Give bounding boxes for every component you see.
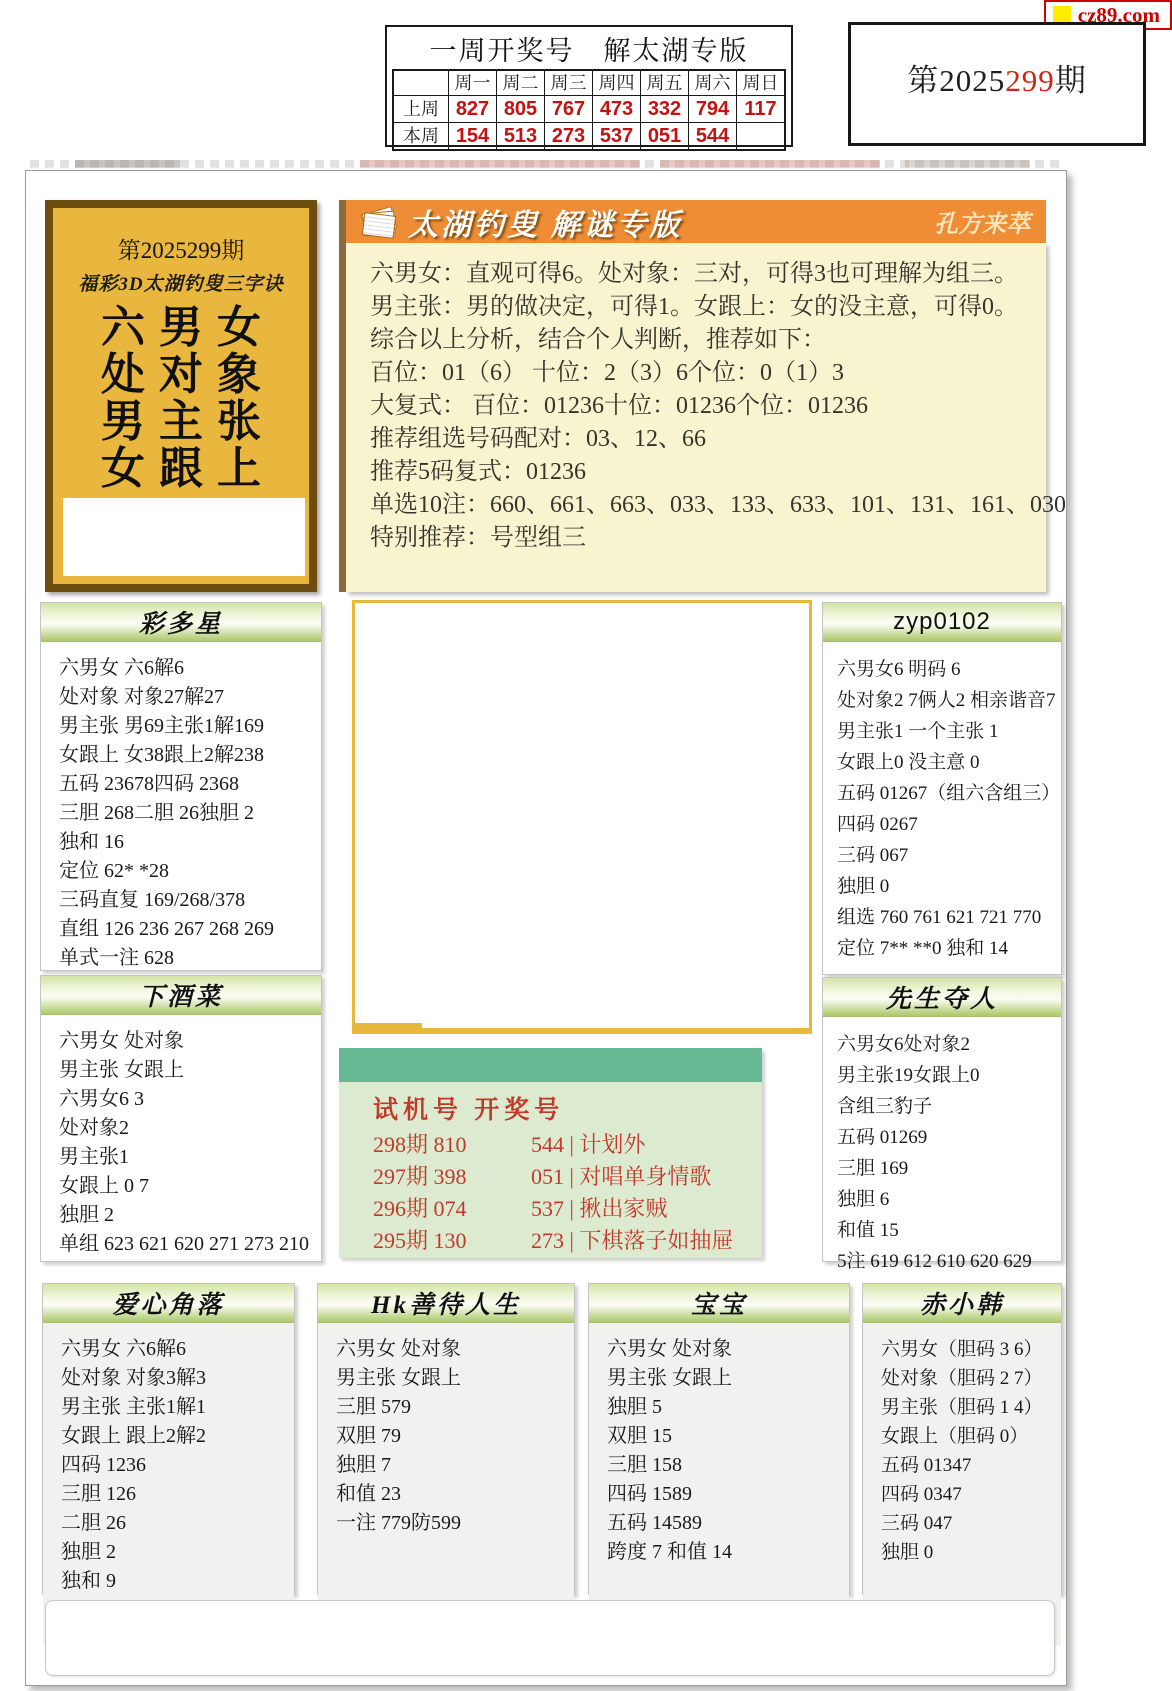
panel-line: 独胆 6 [837, 1184, 1061, 1215]
footer-blank-strip [45, 1600, 1055, 1676]
week-day-cell: 周一 [449, 71, 497, 95]
panel-body: 六男女6处对象2男主张19女跟上0含组三豹子五码 01269三胆 169独胆 6… [823, 1017, 1061, 1277]
analysis-line: 推荐5码复式：01236 [370, 456, 1046, 489]
draw-number-cell: 544 [689, 123, 737, 149]
section-author: 孔方来萃 [934, 204, 1030, 239]
riddle-line: 男主张 [53, 398, 309, 445]
panel-line: 五码 01347 [881, 1451, 1061, 1480]
panel-line: 五码 14589 [607, 1509, 849, 1538]
panel-line: 一注 779防599 [336, 1509, 574, 1538]
draw-number-cell: 513 [497, 123, 545, 149]
draw-number-cell: 051 [641, 123, 689, 149]
clipped-text-strip [30, 154, 1065, 168]
panel-line: 六男女 处对象 [336, 1335, 574, 1364]
panel-line: 男主张 男69主张1解169 [59, 712, 321, 741]
draw-number-cell: 794 [689, 96, 737, 122]
panel-line: 六男女6 3 [59, 1085, 321, 1114]
panel-line: 三码 067 [837, 840, 1061, 871]
panel-line: 男主张 女跟上 [59, 1056, 321, 1085]
week-grid: 周一周二周三周四周五周六周日 上周 827805767473332794117 … [392, 69, 786, 151]
panel-line: 六男女 六6解6 [59, 654, 321, 683]
week-header-row: 周一周二周三周四周五周六周日 [394, 71, 784, 95]
panel-baobao: 宝宝 六男女 处对象男主张 女跟上独胆 5双胆 15三胆 158四码 1589五… [588, 1283, 850, 1595]
analysis-line: 特别推荐：号型组三 [370, 522, 1046, 555]
panel-line: 男主张 主张1解1 [61, 1393, 294, 1422]
riddle-line: 女跟上 [53, 445, 309, 492]
week-day-cell: 周四 [593, 71, 641, 95]
gold-box-lines: 六男女处对象男主张女跟上 [53, 304, 309, 492]
panel-line: 男主张 女跟上 [336, 1364, 574, 1393]
panel-title: 宝宝 [589, 1284, 849, 1323]
analysis-line: 男主张：男的做决定，可得1。女跟上：女的没主意，可得0。 [370, 291, 1046, 324]
panel-line: 三胆 158 [607, 1451, 849, 1480]
issue-number-box: 第2025299期 [848, 22, 1146, 146]
week-day-cell: 周五 [641, 71, 689, 95]
panel-aixin-jiaoluo: 爱心角落 六男女 六6解6处对象 对象3解3男主张 主张1解1女跟上 跟上2解2… [42, 1283, 295, 1595]
panel-body: 六男女 处对象男主张 女跟上独胆 5双胆 15三胆 158四码 1589五码 1… [589, 1323, 849, 1645]
last-week-values: 827805767473332794117 [449, 96, 784, 122]
papers-icon [358, 204, 400, 240]
panel-line: 五码 23678四码 2368 [59, 770, 321, 799]
draw-row-period-test: 298期 810 [373, 1129, 531, 1161]
draw-number-cell: 117 [737, 96, 784, 122]
panel-title: 赤小韩 [863, 1284, 1061, 1323]
panel-line: 四码 1589 [607, 1480, 849, 1509]
analysis-line: 百位：01（6） 十位：2（3）6个位：0（1）3 [370, 357, 1046, 390]
draw-number-cell: 827 [449, 96, 497, 122]
image-placeholder-box [352, 600, 812, 1034]
panel-title: zyp0102 [823, 603, 1061, 642]
panel-body: 六男女6 明码 6处对象2 7俩人2 相亲谐音7男主张1 一个主张 1女跟上0 … [823, 642, 1061, 964]
panel-line: 5注 619 612 610 620 629 [837, 1246, 1061, 1277]
panel-body: 六男女 六6解6处对象 对象3解3男主张 主张1解1女跟上 跟上2解2四码 12… [43, 1323, 294, 1645]
panel-line: 处对象2 7俩人2 相亲谐音7 [837, 685, 1061, 716]
analysis-block: 六男女：直观可得6。处对象：三对，可得3也可理解为组三。男主张：男的做决定，可得… [346, 243, 1046, 592]
panel-line: 六男女6 明码 6 [837, 654, 1061, 685]
panel-line: 单式一注 628 [59, 944, 321, 973]
draw-row-period-test: 296期 074 [373, 1193, 531, 1225]
panel-line: 独胆 0 [881, 1538, 1061, 1567]
panel-line: 和值 15 [837, 1215, 1061, 1246]
draw-row: 296期 074 537 | 揪出家贼 [373, 1193, 762, 1225]
panel-line: 单组 623 621 620 271 273 210 [59, 1230, 321, 1259]
panel-line: 独和 9 [61, 1567, 294, 1596]
this-week-label: 本周 [394, 123, 449, 149]
panel-body: 六男女（胆码 3 6）处对象（胆码 2 7）男主张（胆码 1 4）女跟上（胆码 … [863, 1323, 1061, 1645]
panel-line: 处对象2 [59, 1114, 321, 1143]
panel-xiansheng-duoren: 先生夺人 六男女6处对象2男主张19女跟上0含组三豹子五码 01269三胆 16… [822, 977, 1062, 1262]
panel-title: 先生夺人 [823, 978, 1061, 1017]
panel-line: 男主张1 一个主张 1 [837, 716, 1061, 747]
panel-title: 彩多星 [41, 603, 321, 642]
panel-line: 三胆 126 [61, 1480, 294, 1509]
draw-row-period-test: 295期 130 [373, 1225, 531, 1257]
draw-panel-body: 试机号 开奖号 298期 810 544 | 计划外 297期 398 051 … [339, 1082, 762, 1258]
panel-line: 五码 01267（组六含组三） [837, 778, 1061, 809]
last-week-label: 上周 [394, 96, 449, 122]
panel-line: 直组 126 236 267 268 269 [59, 915, 321, 944]
analysis-line: 推荐组选号码配对：03、12、66 [370, 423, 1046, 456]
draw-panel-header [339, 1048, 762, 1082]
analysis-line: 综合以上分析，结合个人判断，推荐如下： [370, 324, 1046, 357]
draw-row-period-test: 297期 398 [373, 1161, 531, 1193]
panel-line: 含组三豹子 [837, 1091, 1061, 1122]
panel-line: 男主张1 [59, 1143, 321, 1172]
panel-line: 三胆 579 [336, 1393, 574, 1422]
panel-line: 双胆 15 [607, 1422, 849, 1451]
week-day-headers: 周一周二周三周四周五周六周日 [449, 71, 784, 95]
panel-line: 三码 047 [881, 1509, 1061, 1538]
analysis-line: 六男女：直观可得6。处对象：三对，可得3也可理解为组三。 [370, 258, 1046, 291]
draw-number-cell: 154 [449, 123, 497, 149]
panel-chixiaohan: 赤小韩 六男女（胆码 3 6）处对象（胆码 2 7）男主张（胆码 1 4）女跟上… [862, 1283, 1062, 1595]
draw-row: 298期 810 544 | 计划外 [373, 1129, 762, 1161]
week-draw-table: 一周开奖号 解太湖专版 周一周二周三周四周五周六周日 上周 8278057674… [385, 25, 793, 147]
section-header-bar: 太湖钓叟 解谜专版 孔方来萃 [346, 200, 1046, 243]
draw-row-result-note: 273 | 下棋落子如抽屉 [531, 1225, 733, 1257]
panel-line: 定位 7** **0 独和 14 [837, 933, 1061, 964]
draw-number-cell: 805 [497, 96, 545, 122]
panel-title: 爱心角落 [43, 1284, 294, 1323]
draw-row: 295期 130 273 | 下棋落子如抽屉 [373, 1225, 762, 1257]
panel-line: 独胆 5 [607, 1393, 849, 1422]
panel-line: 处对象（胆码 2 7） [881, 1364, 1061, 1393]
panel-line: 处对象 对象3解3 [61, 1364, 294, 1393]
draw-number-cell [737, 123, 784, 149]
last-week-row: 上周 827805767473332794117 [394, 95, 784, 122]
gold-riddle-box: 第2025299期 福彩3D太湖钓叟三字诀 六男女处对象男主张女跟上 [45, 200, 317, 592]
draw-number-cell: 537 [593, 123, 641, 149]
test-draw-panel: 试机号 开奖号 298期 810 544 | 计划外 297期 398 051 … [339, 1048, 762, 1258]
week-day-cell: 周二 [497, 71, 545, 95]
panel-line: 三胆 169 [837, 1153, 1061, 1184]
panel-title: Hk善待人生 [318, 1284, 574, 1323]
panel-line: 六男女 处对象 [607, 1335, 849, 1364]
draw-row: 297期 398 051 | 对唱单身情歌 [373, 1161, 762, 1193]
panel-line: 三胆 268二胆 26独胆 2 [59, 799, 321, 828]
panel-line: 六男女 六6解6 [61, 1335, 294, 1364]
panel-line: 跨度 7 和值 14 [607, 1538, 849, 1567]
week-corner-cell [394, 71, 449, 95]
panel-line: 双胆 79 [336, 1422, 574, 1451]
panel-line: 六男女（胆码 3 6） [881, 1335, 1061, 1364]
panel-body: 六男女 处对象男主张 女跟上六男女6 3处对象2男主张1女跟上 0 7独胆 2单… [41, 1015, 321, 1259]
gold-box-blank-area [63, 498, 305, 576]
draw-row-result-note: 051 | 对唱单身情歌 [531, 1161, 711, 1193]
panel-line: 女跟上（胆码 0） [881, 1422, 1061, 1451]
panel-line: 六男女 处对象 [59, 1027, 321, 1056]
week-table-title: 一周开奖号 解太湖专版 [387, 27, 791, 69]
panel-line: 五码 01269 [837, 1122, 1061, 1153]
panel-title: 下酒菜 [41, 976, 321, 1015]
panel-line: 处对象 对象27解27 [59, 683, 321, 712]
panel-line: 女跟上 跟上2解2 [61, 1422, 294, 1451]
panel-line: 定位 62* *28 [59, 857, 321, 886]
issue-prefix: 第2025 [907, 63, 1005, 98]
panel-line: 和值 23 [336, 1480, 574, 1509]
week-day-cell: 周六 [689, 71, 737, 95]
week-day-cell: 周日 [737, 71, 784, 95]
issue-suffix: 期 [1055, 63, 1087, 98]
this-week-values: 154513273537051544 [449, 123, 784, 149]
this-week-row: 本周 154513273537051544 [394, 122, 784, 149]
riddle-line: 处对象 [53, 351, 309, 398]
panel-line: 六男女6处对象2 [837, 1029, 1061, 1060]
draw-number-cell: 273 [545, 123, 593, 149]
draw-number-cell: 332 [641, 96, 689, 122]
left-accent-bar [339, 200, 346, 592]
panel-line: 四码 1236 [61, 1451, 294, 1480]
panel-line: 独胆 2 [59, 1201, 321, 1230]
panel-line: 四码 0347 [881, 1480, 1061, 1509]
panel-body: 六男女 六6解6处对象 对象27解27男主张 男69主张1解169女跟上 女38… [41, 642, 321, 973]
panel-line: 女跟上0 没主意 0 [837, 747, 1061, 778]
analysis-line: 单选10注：660、661、663、033、133、633、101、131、16… [370, 489, 1046, 522]
panel-line: 组选 760 761 621 721 770 [837, 902, 1061, 933]
week-day-cell: 周三 [545, 71, 593, 95]
panel-line: 独胆 2 [61, 1538, 294, 1567]
panel-zyp0102: zyp0102 六男女6 明码 6处对象2 7俩人2 相亲谐音7男主张1 一个主… [822, 602, 1062, 975]
panel-shandai-rensheng: Hk善待人生 六男女 处对象男主张 女跟上三胆 579双胆 79独胆 7和值 2… [317, 1283, 575, 1595]
section-title: 太湖钓叟 解谜专版 [408, 200, 683, 244]
draw-panel-title: 试机号 开奖号 [373, 1090, 762, 1126]
panel-line: 男主张 女跟上 [607, 1364, 849, 1393]
draw-row-result-note: 537 | 揪出家贼 [531, 1193, 667, 1225]
panel-line: 独胆 7 [336, 1451, 574, 1480]
gold-box-issue: 第2025299期 [53, 232, 309, 265]
analysis-line: 大复式： 百位：01236十位：01236个位：01236 [370, 390, 1046, 423]
panel-line: 独胆 0 [837, 871, 1061, 902]
gold-box-subtitle: 福彩3D太湖钓叟三字诀 [53, 269, 309, 296]
draw-number-cell: 473 [593, 96, 641, 122]
panel-body: 六男女 处对象男主张 女跟上三胆 579双胆 79独胆 7和值 23一注 779… [318, 1323, 574, 1645]
draw-number-cell: 767 [545, 96, 593, 122]
panel-line: 男主张（胆码 1 4） [881, 1393, 1061, 1422]
draw-rows: 298期 810 544 | 计划外 297期 398 051 | 对唱单身情歌… [373, 1129, 762, 1257]
panel-line: 二胆 26 [61, 1509, 294, 1538]
panel-caiduoxing: 彩多星 六男女 六6解6处对象 对象27解27男主张 男69主张1解169女跟上… [40, 602, 322, 971]
issue-highlight: 299 [1005, 63, 1055, 98]
panel-line: 三码直复 169/268/378 [59, 886, 321, 915]
draw-row-result-note: 544 | 计划外 [531, 1129, 645, 1161]
panel-line: 女跟上 女38跟上2解238 [59, 741, 321, 770]
panel-xiajiucai: 下酒菜 六男女 处对象男主张 女跟上六男女6 3处对象2男主张1女跟上 0 7独… [40, 975, 322, 1262]
riddle-line: 六男女 [53, 304, 309, 351]
panel-line: 独和 16 [59, 828, 321, 857]
panel-line: 四码 0267 [837, 809, 1061, 840]
panel-line: 女跟上 0 7 [59, 1172, 321, 1201]
panel-line: 男主张19女跟上0 [837, 1060, 1061, 1091]
